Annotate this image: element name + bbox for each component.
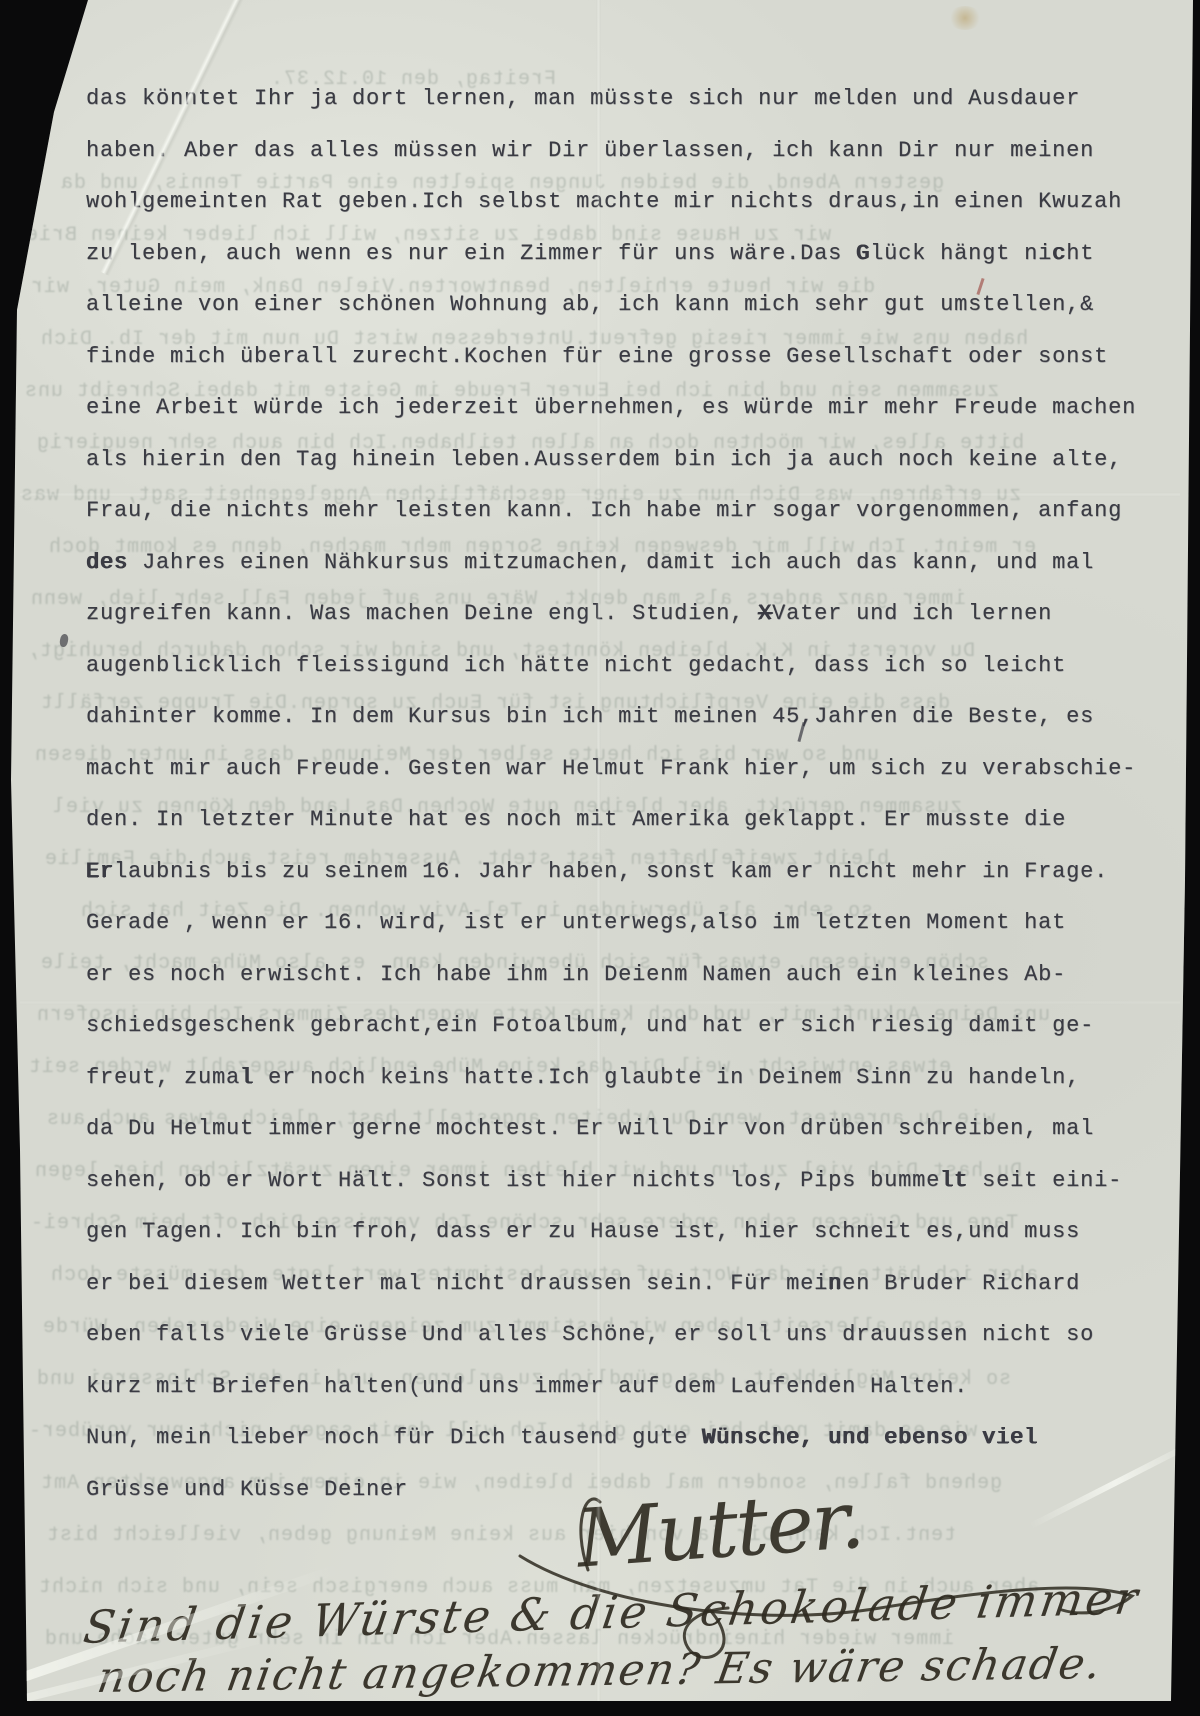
typed-text: gen Tagen. Ich bin froh, dass er zu Haus… [86, 1219, 1080, 1244]
typed-text: kurz mit Briefen halten(und uns immer au… [86, 1374, 968, 1399]
typed-line-28: Grüsse und Küsse Deiner [86, 1477, 408, 1502]
typed-line-7: eine Arbeit würde ich jederzeit übernehm… [86, 395, 1136, 420]
typed-text: alleine von einer schönen Wohnung ab, ic… [86, 292, 1094, 317]
overtyped-text: lt [940, 1168, 968, 1193]
typed-text: als hierin den Tag hinein leben.Ausserde… [86, 447, 1122, 472]
overtyped-text: n [828, 1271, 842, 1296]
typed-line-24: er bei diesem Wetter mal nicht draussen … [86, 1271, 1080, 1296]
typed-line-18: er es noch erwischt. Ich habe ihm in Dei… [86, 962, 1066, 987]
typed-line-9: Frau, die nichts mehr leisten kann. Ich … [86, 498, 1122, 523]
typed-text: en Bruder Richard [842, 1271, 1080, 1296]
typed-text: Frau, die nichts mehr leisten kann. Ich … [86, 498, 1122, 523]
typed-text: macht mir auch Freude. Gesten war Helmut… [86, 756, 1136, 781]
typed-text: da Du Helmut immer gerne mochtest. Er wi… [86, 1116, 1094, 1141]
typed-text: haben. Aber das alles müssen wir Dir übe… [86, 138, 1094, 163]
typed-line-19: schiedsgeschenk gebracht,ein Fotoalbum, … [86, 1013, 1094, 1038]
typed-text: er bei diesem Wetter mal nicht draussen … [86, 1271, 828, 1296]
overtyped-text: l [240, 1065, 254, 1090]
typed-line-2: haben. Aber das alles müssen wir Dir übe… [86, 138, 1094, 163]
typed-line-4: zu leben, auch wenn es nur ein Zimmer fü… [86, 241, 1094, 266]
typed-line-26: kurz mit Briefen halten(und uns immer au… [86, 1374, 968, 1399]
typed-line-3: wohlgemeinten Rat geben.Ich selbst macht… [86, 189, 1122, 214]
typed-text: Vater und ich lernen [772, 601, 1052, 626]
typed-text: zugreifen kann. Was machen Deine engl. S… [86, 601, 758, 626]
typed-text: das könntet Ihr ja dort lernen, man müss… [86, 86, 1080, 111]
typed-line-22: sehen, ob er Wort Hält. Sonst ist hier n… [86, 1168, 1122, 1193]
typed-text: ht [1066, 241, 1094, 266]
typed-line-27: Nun, mein lieber noch für Dich tausend g… [86, 1425, 1038, 1450]
overtyped-text: Wünsche, und ebenso viel [702, 1425, 1038, 1450]
typed-line-15: den. In letzter Minute hat es noch mit A… [86, 807, 1066, 832]
struck-out-text: X [758, 601, 772, 626]
typed-text: augenblicklich fleissigund ich hätte nic… [86, 653, 1066, 678]
typed-line-11: zugreifen kann. Was machen Deine engl. S… [86, 601, 1052, 626]
typed-line-25: eben falls viele Grüsse Und alles Schöne… [86, 1322, 1094, 1347]
typed-line-8: als hierin den Tag hinein leben.Ausserde… [86, 447, 1122, 472]
overtyped-text: c [1052, 241, 1066, 266]
overtyped-text: des [86, 550, 128, 575]
overtyped-text: Er [86, 859, 114, 884]
typed-text: wohlgemeinten Rat geben.Ich selbst macht… [86, 189, 1122, 214]
typed-text: lück hängt ni [870, 241, 1052, 266]
typed-line-5: alleine von einer schönen Wohnung ab, ic… [86, 292, 1094, 317]
scanned-letter-photo: { "colors": { "background": "#0a0a0b", "… [0, 0, 1200, 1716]
typed-text: Grüsse und Küsse Deiner [86, 1477, 408, 1502]
typed-text: den. In letzter Minute hat es noch mit A… [86, 807, 1066, 832]
typed-line-23: gen Tagen. Ich bin froh, dass er zu Haus… [86, 1219, 1080, 1244]
typed-line-1: das könntet Ihr ja dort lernen, man müss… [86, 86, 1080, 111]
typed-line-20: freut, zumal er noch keins hatte.Ich gla… [86, 1065, 1080, 1090]
typed-text: zu leben, auch wenn es nur ein Zimmer fü… [86, 241, 856, 266]
typed-text: Gerade , wenn er 16. wird, ist er unterw… [86, 910, 1066, 935]
typed-line-12: augenblicklich fleissigund ich hätte nic… [86, 653, 1066, 678]
typed-text: freut, zuma [86, 1065, 240, 1090]
typed-text: laubnis bis zu seinem 16. Jahr haben, so… [114, 859, 1108, 884]
typed-text: er es noch erwischt. Ich habe ihm in Dei… [86, 962, 1066, 987]
typed-text: dahinter komme. In dem Kursus bin ich mi… [86, 704, 1094, 729]
typed-text: eine Arbeit würde ich jederzeit übernehm… [86, 395, 1136, 420]
typed-line-14: macht mir auch Freude. Gesten war Helmut… [86, 756, 1136, 781]
typed-text: Jahres einen Nähkursus mitzumachen, dami… [128, 550, 1094, 575]
typed-line-10: des Jahres einen Nähkursus mitzumachen, … [86, 550, 1094, 575]
typed-line-21: da Du Helmut immer gerne mochtest. Er wi… [86, 1116, 1094, 1141]
typed-text: er noch keins hatte.Ich glaubte in Deine… [254, 1065, 1080, 1090]
overtyped-text: G [856, 241, 870, 266]
typed-text: eben falls viele Grüsse Und alles Schöne… [86, 1322, 1094, 1347]
signature-text: Mutter. [572, 1473, 866, 1586]
typed-text: sehen, ob er Wort Hält. Sonst ist hier n… [86, 1168, 940, 1193]
typed-line-16: Erlaubnis bis zu seinem 16. Jahr haben, … [86, 859, 1108, 884]
typed-line-13: dahinter komme. In dem Kursus bin ich mi… [86, 704, 1094, 729]
typed-text: finde mich überall zurecht.Kochen für ei… [86, 344, 1108, 369]
typed-text: seit eini- [968, 1168, 1122, 1193]
typed-line-6: finde mich überall zurecht.Kochen für ei… [86, 344, 1108, 369]
letter-paper: Freitag, den 10.12.37.gestern Abend, die… [0, 0, 1200, 1716]
paper-stain [948, 6, 982, 30]
typed-text: schiedsgeschenk gebracht,ein Fotoalbum, … [86, 1013, 1094, 1038]
typed-line-17: Gerade , wenn er 16. wird, ist er unterw… [86, 910, 1066, 935]
typed-text: Nun, mein lieber noch für Dich tausend g… [86, 1425, 702, 1450]
